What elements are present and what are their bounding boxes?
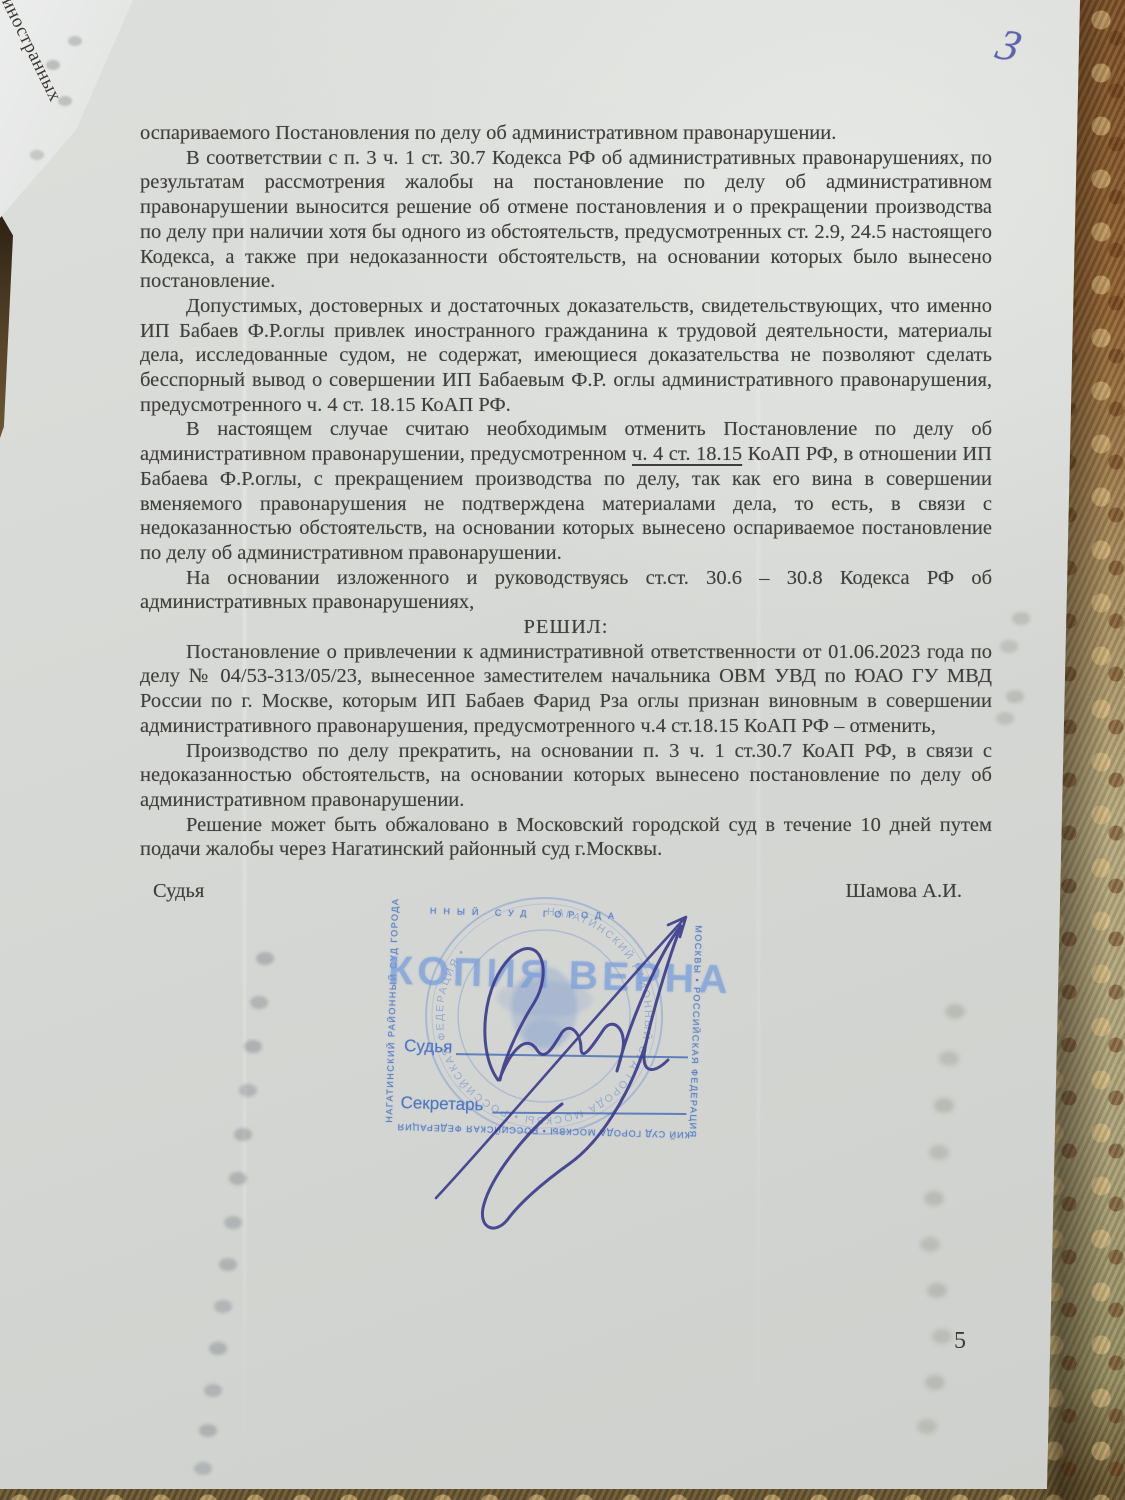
document-text-block: оспариваемого Постановления по делу об а… <box>140 121 992 904</box>
page-number: 5 <box>954 1328 966 1355</box>
handwritten-page-mark: 3 <box>990 19 1028 72</box>
overlay-sheet-ghost-marks <box>0 0 14 10</box>
judge-signature <box>370 880 720 1250</box>
underlined-article-ref: ч. 4 ст. 18.15 <box>632 443 742 465</box>
paragraph-intro: оспариваемого Постановления по делу об а… <box>140 121 992 146</box>
overlay-sheet-text: ого <box>0 94 4 129</box>
paragraph: В настоящем случае считаю необходимым от… <box>140 417 992 565</box>
judge-name: Шамова А.И. <box>846 879 963 904</box>
document-page: оспариваемого Постановления по делу об а… <box>0 0 1125 1500</box>
paragraph: Производство по делу прекратить, на осно… <box>140 739 992 813</box>
judge-label: Судья <box>153 879 204 904</box>
overlay-sheet-text: иностранных <box>0 0 66 105</box>
paragraph: Допустимых, достоверных и достаточных до… <box>140 294 992 418</box>
paragraph: Постановление о привлечении к администра… <box>140 640 992 739</box>
photo-scene: оспариваемого Постановления по делу об а… <box>0 0 1125 1500</box>
paragraph: На основании изложенного и руководствуяс… <box>140 566 992 615</box>
resolution-heading: РЕШИЛ: <box>140 615 992 640</box>
paragraph: В соответствии с п. 3 ч. 1 ст. 30.7 Коде… <box>140 146 992 294</box>
paragraph: Решение может быть обжаловано в Московск… <box>140 813 992 862</box>
